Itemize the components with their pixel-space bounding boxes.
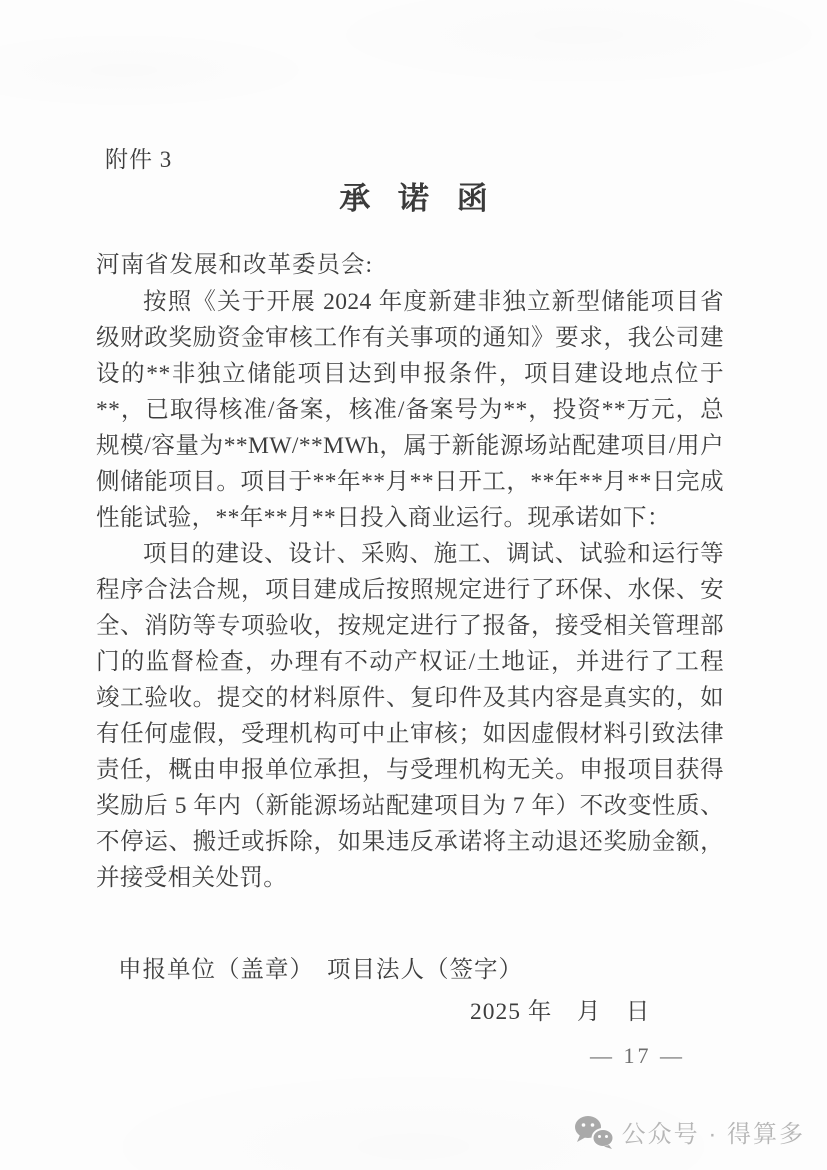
watermark-text: 公众号 · 得算多	[622, 1114, 805, 1149]
attachment-label: 附件 3	[105, 141, 172, 174]
page-title: 承 诺 函	[0, 173, 827, 218]
watermark-footer: 公众号 · 得算多	[574, 1114, 805, 1149]
document-page: 附件 3 承 诺 函 河南省发展和改革委员会: 按照《关于开展 2024 年度新…	[0, 0, 827, 1170]
paragraph-intro: 按照《关于开展 2024 年度新建非独立新型储能项目省级财政奖励资金审核工作有关…	[96, 284, 724, 536]
salutation: 河南省发展和改革委员会:	[96, 245, 373, 279]
document-body: 按照《关于开展 2024 年度新建非独立新型储能项目省级财政奖励资金审核工作有关…	[96, 284, 724, 896]
paragraph-commitments: 项目的建设、设计、采购、施工、调试、试验和运行等程序合法合规，项目建成后按照规定…	[96, 536, 724, 896]
wechat-icon	[574, 1115, 614, 1149]
applicant-seal-label: 申报单位（盖章）	[118, 950, 314, 984]
date-line: 2025 年 月 日	[470, 992, 650, 1026]
page-number: — 17 —	[590, 1043, 685, 1069]
legal-person-signature-label: 项目法人（签字）	[327, 950, 523, 984]
